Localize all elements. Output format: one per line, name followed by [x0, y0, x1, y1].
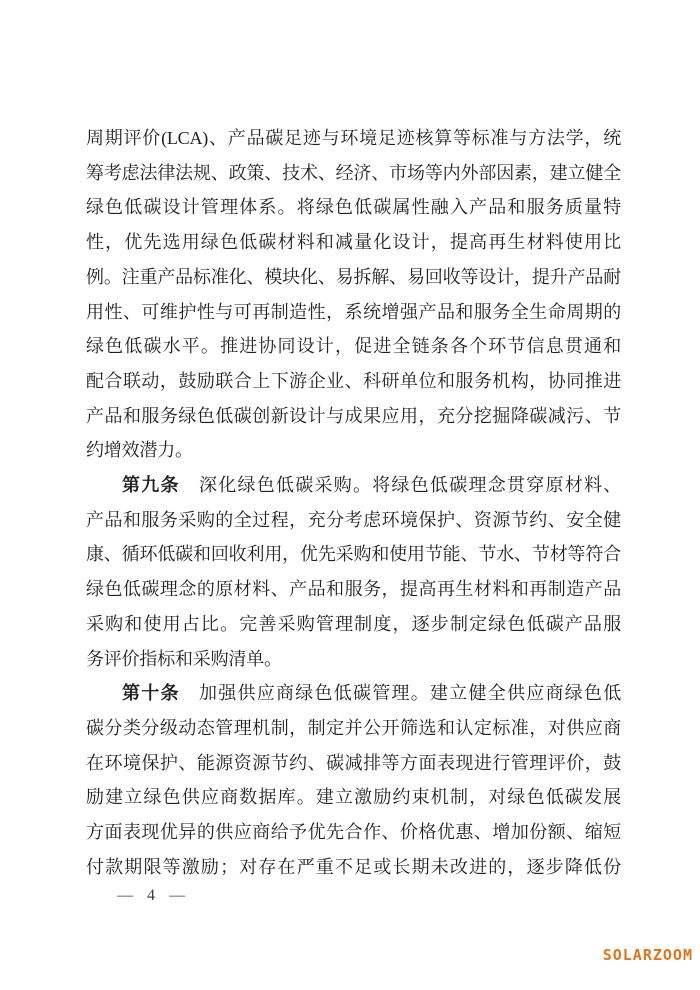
line-text: 例。注重产品标准化、模块化、易拆解、易回收等设计，提升产品耐: [86, 267, 621, 287]
line-text: 碳分类分级动态管理机制，制定并公开筛选和认定标准，对供应商: [86, 718, 621, 738]
watermark-solarzoom: SOLARZOOM: [603, 946, 693, 964]
body-line: 用性、可维护性与可再制造性，系统增强产品和服务全生命周期的: [86, 295, 621, 330]
body-line: 务评价指标和采购清单。: [86, 642, 621, 677]
body-line: 例。注重产品标准化、模块化、易拆解、易回收等设计，提升产品耐: [86, 260, 621, 295]
body-line: 配合联动，鼓励联合上下游企业、科研单位和服务机构，协同推进: [86, 364, 621, 399]
body-line: 碳分类分级动态管理机制，制定并公开筛选和认定标准，对供应商: [86, 711, 621, 746]
body-line: 励建立绿色供应商数据库。建立激励约束机制，对绿色低碳发展: [86, 780, 621, 815]
line-text: 绿色低碳设计管理体系。将绿色低碳属性融入产品和服务质量特: [86, 197, 621, 217]
body-line: 产品和服务绿色低碳创新设计与成果应用，充分挖掘降碳减污、节: [86, 399, 621, 434]
body-line: 绿色低碳水平。推进协同设计，促进全链条各个环节信息贯通和: [86, 329, 621, 364]
line-text: 约增效潜力。: [86, 440, 193, 460]
body-line: 绿色低碳理念的原材料、产品和服务，提高再生材料和再制造产品: [86, 572, 621, 607]
line-text: 产品和服务采购的全过程，充分考虑环境保护、资源节约、安全健: [86, 510, 621, 530]
line-text: 在环境保护、能源资源节约、碳减排等方面表现进行管理评价，鼓: [86, 753, 621, 773]
line-text: 采购和使用占比。完善采购管理制度，逐步制定绿色低碳产品服: [86, 614, 621, 634]
line-text: 性，优先选用绿色低碳材料和减量化设计，提高再生材料使用比: [86, 232, 621, 252]
body-line: 周期评价(LCA)、产品碳足迹与环境足迹核算等标准与方法学，统: [86, 121, 621, 156]
body-line: 性，优先选用绿色低碳材料和减量化设计，提高再生材料使用比: [86, 225, 621, 260]
body-line: 康、循环低碳和回收利用，优先采购和使用节能、节水、节材等符合: [86, 537, 621, 572]
line-text: 用性、可维护性与可再制造性，系统增强产品和服务全生命周期的: [86, 302, 621, 322]
document-page: 周期评价(LCA)、产品碳足迹与环境足迹核算等标准与方法学，统筹考虑法律法规、政…: [0, 0, 700, 990]
line-text: 深化绿色低碳采购。将绿色低碳理念贯穿原材料、: [180, 475, 621, 495]
line-text: 方面表现优异的供应商给予优先合作、价格优惠、增加份额、缩短: [86, 822, 621, 842]
line-text: 务评价指标和采购清单。: [86, 649, 282, 669]
body-line: 方面表现优异的供应商给予优先合作、价格优惠、增加份额、缩短: [86, 815, 621, 850]
body-line: 产品和服务采购的全过程，充分考虑环境保护、资源节约、安全健: [86, 503, 621, 538]
line-text: 绿色低碳理念的原材料、产品和服务，提高再生材料和再制造产品: [86, 579, 621, 599]
body-line: 采购和使用占比。完善采购管理制度，逐步制定绿色低碳产品服: [86, 607, 621, 642]
line-text: 绿色低碳水平。推进协同设计，促进全链条各个环节信息贯通和: [86, 336, 621, 356]
line-text: 励建立绿色供应商数据库。建立激励约束机制，对绿色低碳发展: [86, 787, 621, 807]
body-line: 绿色低碳设计管理体系。将绿色低碳属性融入产品和服务质量特: [86, 190, 621, 225]
line-text: 配合联动，鼓励联合上下游企业、科研单位和服务机构，协同推进: [86, 371, 621, 391]
body-line: 第九条 深化绿色低碳采购。将绿色低碳理念贯穿原材料、: [86, 468, 621, 503]
body-line: 筹考虑法律法规、政策、技术、经济、市场等内外部因素，建立健全: [86, 156, 621, 191]
article-number: 第九条: [122, 475, 180, 495]
line-text: 付款期限等激励；对存在严重不足或长期未改进的，逐步降低份: [86, 857, 621, 877]
body-line: 第十条 加强供应商绿色低碳管理。建立健全供应商绿色低: [86, 676, 621, 711]
body-line: 在环境保护、能源资源节约、碳减排等方面表现进行管理评价，鼓: [86, 746, 621, 781]
line-text: 筹考虑法律法规、政策、技术、经济、市场等内外部因素，建立健全: [86, 163, 621, 183]
body-line: 约增效潜力。: [86, 433, 621, 468]
document-body: 周期评价(LCA)、产品碳足迹与环境足迹核算等标准与方法学，统筹考虑法律法规、政…: [86, 121, 621, 884]
article-number: 第十条: [122, 683, 180, 703]
line-text: 周期评价(LCA)、产品碳足迹与环境足迹核算等标准与方法学，统: [86, 128, 621, 148]
page-number: — 4 —: [117, 887, 186, 905]
body-line: 付款期限等激励；对存在严重不足或长期未改进的，逐步降低份: [86, 850, 621, 885]
line-text: 产品和服务绿色低碳创新设计与成果应用，充分挖掘降碳减污、节: [86, 406, 621, 426]
line-text: 康、循环低碳和回收利用，优先采购和使用节能、节水、节材等符合: [86, 544, 621, 564]
line-text: 加强供应商绿色低碳管理。建立健全供应商绿色低: [180, 683, 621, 703]
